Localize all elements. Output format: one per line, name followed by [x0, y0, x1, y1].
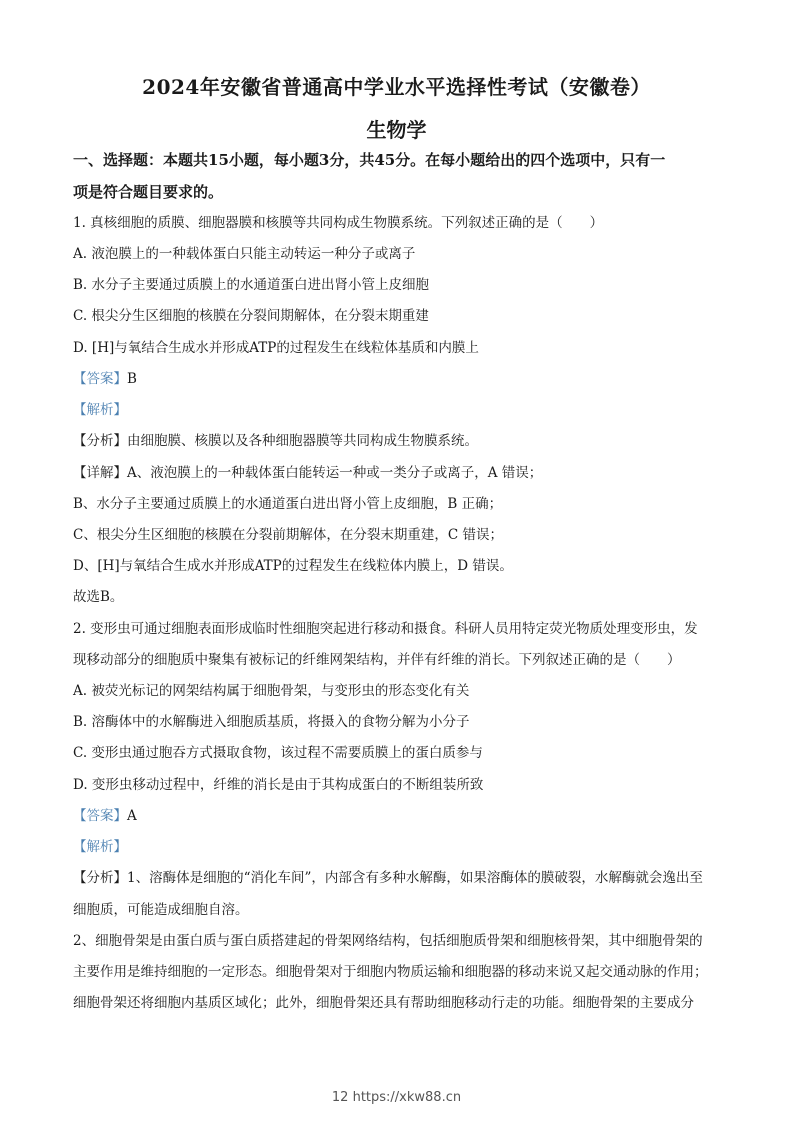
detail-label: 【详解】 — [73, 465, 127, 481]
q2-analysis-tag: 【解析】 — [73, 837, 723, 857]
page-footer: 12 https://xkw88.cn — [0, 1090, 793, 1105]
q2-answer: 【答案】A — [73, 806, 723, 826]
q1-detail-b: B、水分子主要通过质膜上的水通道蛋白进出肾小管上皮细胞，B 正确； — [73, 494, 723, 514]
analysis-tag: 【解析】 — [73, 839, 127, 855]
q1-detail-c: C、根尖分生区细胞的核膜在分裂前期解体，在分裂末期重建，C 错误； — [73, 525, 723, 545]
q1-analysis: 【分析】由细胞膜、核膜以及各种细胞器膜等共同构成生物膜系统。 — [73, 431, 723, 451]
q1-option-b: B. 水分子主要通过质膜上的水通道蛋白进出肾小管上皮细胞 — [73, 275, 723, 295]
q2-option-c: C. 变形虫通过胞吞方式摄取食物，该过程不需要质膜上的蛋白质参与 — [73, 743, 723, 763]
analysis-text: 1、溶酶体是细胞的“消化车间”，内部含有多种水解酶，如果溶酶体的膜破裂，水解酶就… — [127, 870, 703, 886]
analysis-tag: 【解析】 — [73, 402, 127, 418]
section-heading-line1: 一、选择题：本题共15小题，每小题3分，共45分。在每小题给出的四个选项中，只有… — [73, 150, 723, 170]
q1-analysis-tag: 【解析】 — [73, 400, 723, 420]
q1-detail-a: 【详解】A、液泡膜上的一种载体蛋白能转运一种或一类分子或离子，A 错误； — [73, 463, 723, 483]
q2-option-b: B. 溶酶体中的水解酶进入细胞质基质，将摄入的食物分解为小分子 — [73, 712, 723, 732]
q2-analysis-line4: 主要作用是维持细胞的一定形态。细胞骨架对于细胞内物质运输和细胞器的移动来说又起交… — [73, 962, 723, 982]
q2-option-a: A. 被荧光标记的网架结构属于细胞骨架，与变形虫的形态变化有关 — [73, 681, 723, 701]
q2-stem-line2: 现移动部分的细胞质中聚集有被标记的纤维网架结构，并伴有纤维的消长。下列叙述正确的… — [73, 650, 723, 670]
answer-value: A — [127, 808, 137, 824]
answer-value: B — [127, 371, 137, 387]
analysis-label: 【分析】 — [73, 433, 127, 449]
analysis-label: 【分析】 — [73, 870, 127, 886]
q1-option-c: C. 根尖分生区细胞的核膜在分裂间期解体，在分裂末期重建 — [73, 306, 723, 326]
subject-title: 生物学 — [0, 114, 793, 143]
q2-analysis-line3: 2、细胞骨架是由蛋白质与蛋白质搭建起的骨架网络结构，包括细胞质骨架和细胞核骨架，… — [73, 931, 723, 951]
detail-text: A、液泡膜上的一种载体蛋白能转运一种或一类分子或离子，A 错误； — [127, 465, 542, 481]
answer-tag: 【答案】 — [73, 371, 127, 387]
q2-analysis-line1: 【分析】1、溶酶体是细胞的“消化车间”，内部含有多种水解酶，如果溶酶体的膜破裂，… — [73, 868, 723, 888]
q2-stem-line1: 2. 变形虫可通过细胞表面形成临时性细胞突起进行移动和摄食。科研人员用特定荧光物… — [73, 619, 723, 639]
exam-title: 2024年安徽省普通高中学业水平选择性考试（安徽卷） — [0, 71, 793, 100]
q1-stem: 1. 真核细胞的质膜、细胞器膜和核膜等共同构成生物膜系统。下列叙述正确的是（ ） — [73, 213, 723, 233]
section-heading-line2: 项是符合题目要求的。 — [73, 182, 723, 202]
q2-analysis-line2: 细胞质，可能造成细胞自溶。 — [73, 900, 723, 920]
q2-option-d: D. 变形虫移动过程中，纤维的消长是由于其构成蛋白的不断组装所致 — [73, 775, 723, 795]
q1-option-d: D. [H]与氧结合生成水并形成ATP的过程发生在线粒体基质和内膜上 — [73, 338, 723, 358]
q1-answer: 【答案】B — [73, 369, 723, 389]
q1-option-a: A. 液泡膜上的一种载体蛋白只能主动转运一种分子或离子 — [73, 244, 723, 264]
answer-tag: 【答案】 — [73, 808, 127, 824]
q2-analysis-line5: 细胞骨架还将细胞内基质区域化；此外，细胞骨架还具有帮助细胞移动行走的功能。细胞骨… — [73, 993, 723, 1013]
document-page: 2024年安徽省普通高中学业水平选择性考试（安徽卷） 生物学 一、选择题：本题共… — [0, 0, 793, 1122]
q1-detail-d: D、[H]与氧结合生成水并形成ATP的过程发生在线粒体内膜上，D 错误。 — [73, 556, 723, 576]
q1-conclusion: 故选B。 — [73, 587, 723, 607]
analysis-text: 由细胞膜、核膜以及各种细胞器膜等共同构成生物膜系统。 — [127, 433, 478, 449]
